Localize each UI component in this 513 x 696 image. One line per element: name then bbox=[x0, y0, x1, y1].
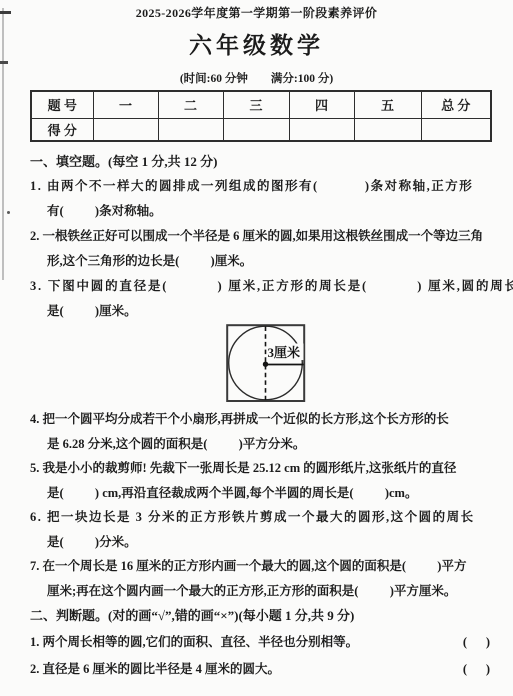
judgment-item: 2. 直径是 6 厘米的圆比半径是 4 厘米的圆大。 ( ) bbox=[30, 661, 490, 678]
exam-meta-line: (时间:60 分钟 满分:100 分) bbox=[0, 70, 513, 86]
exam-title: 六年级数学 bbox=[0, 27, 513, 60]
section-1-heading: 一、填空题。(每空 1 分,共 12 分) bbox=[30, 153, 487, 170]
score-cell-empty bbox=[289, 118, 354, 141]
question-line: 厘米;再在这个圆内画一个最大的正方形,正方形的面积是( )平方厘米。 bbox=[30, 583, 487, 600]
question-line: 是 6.28 分米,这个圆的面积是( )平方分米。 bbox=[30, 436, 487, 453]
question-line: 7. 在一个周长是 16 厘米的正方形内画一个最大的圆,这个圆的面积是( )平方 bbox=[30, 558, 487, 575]
question-line: 是( )厘米。 bbox=[30, 303, 487, 320]
score-col-header: 一 bbox=[93, 91, 158, 118]
center-dot bbox=[263, 362, 268, 367]
question-line: 3. 下图中圆的直径是( ) 厘米,正方形的周长是( ) 厘米,圆的周长 bbox=[30, 278, 487, 295]
question-line: 2. 一根铁丝正好可以围成一个半径是 6 厘米的圆,如果用这根铁丝围成一个等边三… bbox=[30, 228, 487, 245]
judgment-text: 1. 两个周长相等的圆,它们的面积、直径、半径也分别相等。 bbox=[30, 634, 358, 651]
section-2-heading: 二、判断题。(对的画“√”,错的画“×”)(每小题 1 分,共 9 分) bbox=[30, 607, 487, 624]
score-col-header: 五 bbox=[354, 91, 421, 118]
question-line: 1. 由两个不一样大的圆排成一列组成的图形有( )条对称轴,正方形 bbox=[30, 178, 487, 195]
judgment-answer-blank: ( ) bbox=[463, 634, 490, 651]
question-line: 是( ) cm,再沿直径裁成两个半圆,每个半圆的周长是( )cm。 bbox=[30, 485, 487, 502]
score-col-header: 题 号 bbox=[31, 91, 93, 118]
score-col-header: 三 bbox=[223, 91, 289, 118]
question-line: 4. 把一个圆平均分成若干个小扇形,再拼成一个近似的长方形,这个长方形的长 bbox=[30, 411, 487, 428]
score-col-header: 二 bbox=[158, 91, 223, 118]
score-row-label: 得 分 bbox=[31, 118, 93, 141]
question-line: 是( )分米。 bbox=[30, 534, 487, 551]
score-table: 题 号 一 二 三 四 五 总 分 得 分 bbox=[30, 90, 492, 142]
score-col-header: 四 bbox=[289, 91, 354, 118]
score-cell-empty bbox=[354, 118, 421, 141]
question-line: 6. 把一块边长是 3 分米的正方形铁片剪成一个最大的圆形,这个圆的周长 bbox=[30, 509, 487, 526]
score-col-header: 总 分 bbox=[421, 91, 491, 118]
exam-session-line: 2025-2026学年度第一学期第一阶段素养评价 bbox=[0, 4, 513, 21]
question-line: 5. 我是小小的裁剪师! 先裁下一张周长是 25.12 cm 的圆形纸片,这张纸… bbox=[30, 460, 487, 477]
score-cell-empty bbox=[93, 118, 158, 141]
figure-circle-inscribed-square: 3厘米 bbox=[226, 324, 306, 408]
scan-artifact-mark bbox=[0, 61, 8, 64]
judgment-answer-blank: ( ) bbox=[463, 661, 490, 678]
radius-label: 3厘米 bbox=[268, 345, 301, 360]
question-line: 形,这个三角形的边长是( )厘米。 bbox=[30, 253, 487, 270]
judgment-text: 2. 直径是 6 厘米的圆比半径是 4 厘米的圆大。 bbox=[30, 661, 280, 678]
judgment-item: 1. 两个周长相等的圆,它们的面积、直径、半径也分别相等。 ( ) bbox=[30, 634, 490, 651]
score-cell-empty bbox=[158, 118, 223, 141]
question-line: 有( )条对称轴。 bbox=[30, 203, 487, 220]
score-cell-empty bbox=[223, 118, 289, 141]
scan-artifact-dot bbox=[7, 211, 10, 214]
score-cell-empty bbox=[421, 118, 491, 141]
